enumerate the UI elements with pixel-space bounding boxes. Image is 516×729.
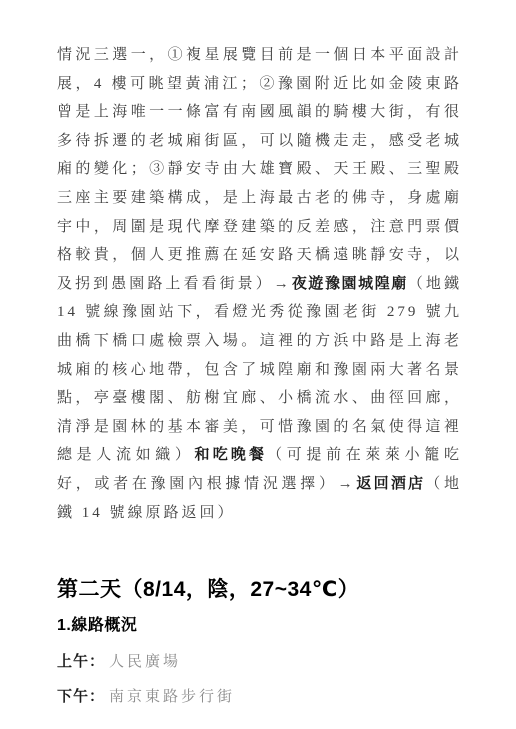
itinerary-paragraph: 情況三選一，①複星展覽目前是一個日本平面設計展，4 樓可眺望黃浦江；②豫園附近比…: [57, 41, 462, 527]
morning-row: 上午：人民廣場: [57, 648, 462, 676]
night-tour-yuyuan-bold-text: 夜遊豫園城隍廟: [292, 275, 408, 292]
dinner-bold-text: 和吃晚餐: [195, 446, 268, 463]
itinerary-text-run-1: 情況三選一，①複星展覽目前是一個日本平面設計展，4 樓可眺望黃浦江；②豫園附近比…: [57, 47, 462, 292]
afternoon-value: 南京東路步行街: [109, 689, 235, 705]
afternoon-row: 下午：南京東路步行街: [57, 683, 462, 711]
document-page: 情況三選一，①複星展覽目前是一個日本平面設計展，4 樓可眺望黃浦江；②豫園附近比…: [0, 0, 516, 729]
return-hotel-bold-text: 返回酒店: [356, 475, 426, 492]
itinerary-text-run-2: （地鐵 14 號線豫園站下，看燈光秀從豫園老街 279 號九曲橋下橋口處檢票入場…: [57, 276, 462, 464]
route-overview-heading: 1.線路概況: [57, 616, 462, 636]
afternoon-label: 下午：: [57, 688, 105, 705]
morning-value: 人民廣場: [109, 654, 181, 670]
day2-heading: 第二天（8/14，陰，27~34℃）: [57, 577, 462, 603]
morning-label: 上午：: [57, 653, 105, 670]
